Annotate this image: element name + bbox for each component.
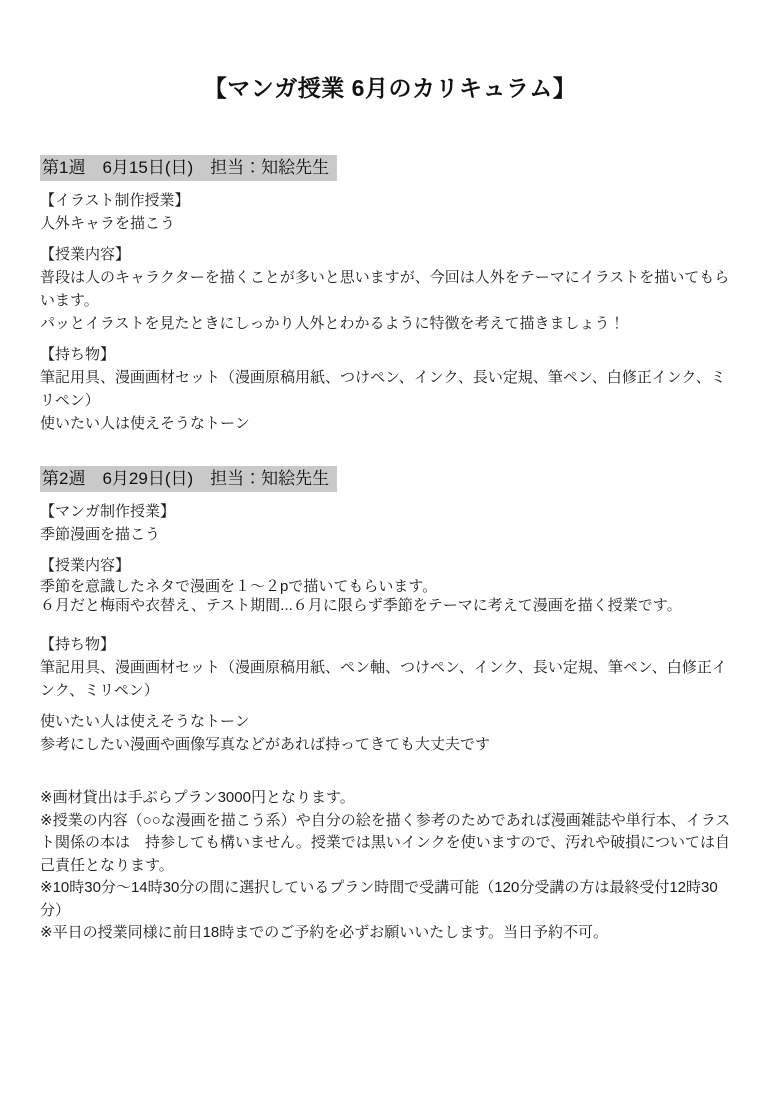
week-2-class-theme: 季節漫画を描こう: [40, 523, 740, 546]
week-1-items-heading: 【持ち物】: [40, 343, 740, 366]
document-page: 【マンガ授業 6月のカリキュラム】 第1週 6月15日(日) 担当：知絵先生 【…: [0, 0, 780, 1102]
week-2-items-heading: 【持ち物】: [40, 633, 740, 656]
week-2-class-type: 【マンガ制作授業】: [40, 500, 740, 523]
note-reference-books: ※授業の内容（○○な漫画を描こう系）や自分の絵を描く参考のためであれば漫画雑誌や…: [40, 810, 740, 878]
week-1-content-line: 普段は人のキャラクターを描くことが多いと思いますが、今回は人外をテーマにイラスト…: [40, 266, 740, 312]
note-reservation: ※平日の授業同様に前日18時までのご予約を必ずお願いいたします。当日予約不可。: [40, 922, 740, 945]
week-1-class-theme: 人外キャラを描こう: [40, 212, 740, 235]
week-2-content-line: 季節を意識したネタで漫画を１〜２pで描いてもらいます。: [40, 577, 740, 596]
week-1-items-line: 使いたい人は使えそうなトーン: [40, 412, 740, 435]
note-rental-plan: ※画材貸出は手ぶらプラン3000円となります。: [40, 787, 740, 810]
week-2-content-line: ６月だと梅雨や衣替え、テスト期間...６月に限らず季節をテーマに考えて漫画を描く…: [40, 596, 740, 615]
week-1-header: 第1週 6月15日(日) 担当：知絵先生: [40, 155, 337, 181]
week-1-header-row: 第1週 6月15日(日) 担当：知絵先生: [40, 155, 740, 181]
week-2-header: 第2週 6月29日(日) 担当：知絵先生: [40, 466, 337, 492]
notes-section: ※画材貸出は手ぶらプラン3000円となります。 ※授業の内容（○○な漫画を描こう…: [40, 787, 740, 945]
week-1-items-line: 筆記用具、漫画画材セット（漫画原稿用紙、つけペン、インク、長い定規、筆ペン、白修…: [40, 366, 740, 412]
week-2-items-line: 使いたい人は使えそうなトーン: [40, 710, 740, 733]
week-1-content-heading: 【授業内容】: [40, 243, 740, 266]
week-2-items-line: 参考にしたい漫画や画像写真などがあれば持ってきても大丈夫です: [40, 733, 740, 756]
week-1-class-type: 【イラスト制作授業】: [40, 189, 740, 212]
week-1-content-line: パッとイラストを見たときにしっかり人外とわかるように特徴を考えて描きましょう！: [40, 312, 740, 335]
week-2-header-row: 第2週 6月29日(日) 担当：知絵先生: [40, 466, 740, 492]
week-2-content-heading: 【授業内容】: [40, 554, 740, 577]
note-time-slots: ※10時30分〜14時30分の間に選択しているプラン時間で受講可能（120分受講…: [40, 877, 740, 922]
week-2-section: 第2週 6月29日(日) 担当：知絵先生 【マンガ制作授業】 季節漫画を描こう …: [40, 466, 740, 756]
week-1-section: 第1週 6月15日(日) 担当：知絵先生 【イラスト制作授業】 人外キャラを描こ…: [40, 155, 740, 435]
page-title: 【マンガ授業 6月のカリキュラム】: [40, 70, 740, 103]
week-2-items-line: 筆記用具、漫画画材セット（漫画原稿用紙、ペン軸、つけペン、インク、長い定規、筆ペ…: [40, 656, 740, 702]
